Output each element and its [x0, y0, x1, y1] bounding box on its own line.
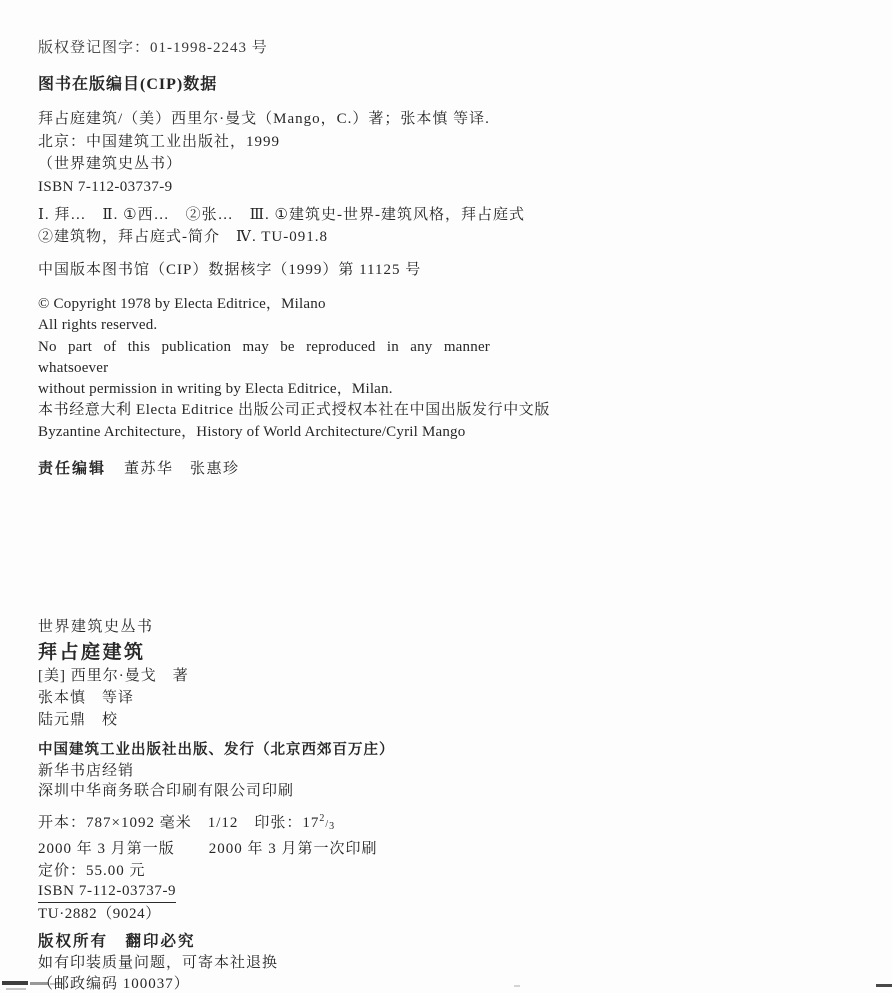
author-line: [美] 西里尔·曼戈 著	[38, 666, 508, 687]
scan-speck	[2, 981, 28, 985]
catalog-number: TU·2882（9024）	[38, 903, 508, 924]
scan-speck	[30, 982, 48, 985]
publisher-line: 中国建筑工业出版社出版、发行（北京西郊百万庄）	[38, 740, 508, 761]
copyright-registration-number: 版权登记图字：01-1998-2243 号	[38, 38, 508, 58]
scan-speck	[6, 988, 26, 990]
responsible-editors-names: 董苏华 张惠珍	[124, 461, 240, 477]
scan-speck	[876, 984, 892, 987]
original-title-line: Byzantine Architecture，History of World …	[38, 422, 490, 443]
cip-classification-line-2: ②建筑物，拜占庭式-简介 Ⅳ. TU-091.8	[38, 226, 508, 248]
license-statement-cn: 本书经意大利 Electa Editrice 出版公司正式授权本社在中国出版发行…	[38, 400, 490, 421]
format-line: 开本：787×1092 毫米 1/12 印张：172/3	[38, 808, 508, 838]
proofreader-line: 陆元鼎 校	[38, 710, 508, 731]
print-spec-block: 开本：787×1092 毫米 1/12 印张：172/3 2000 年 3 月第…	[38, 808, 508, 882]
edition-line: 2000 年 3 月第一版2000 年 3 月第一次印刷	[38, 838, 508, 860]
scan-speck	[514, 985, 520, 987]
responsible-editors-line: 责任编辑董苏华 张惠珍	[38, 458, 508, 480]
cip-heading: 图书在版编目(CIP)数据	[38, 74, 508, 96]
translator-line: 张本慎 等译	[38, 688, 508, 709]
cip-entry-title-line: 拜占庭建筑/（美）西里尔·曼戈（Mango，C.）著；张本慎 等译.	[38, 108, 508, 131]
printer-line: 深圳中华商务联合印刷有限公司印刷	[38, 781, 508, 802]
format-text: 开本：787×1092 毫米 1/12 印张：17	[38, 815, 319, 831]
copyright-line-4: without permission in writing by Electa …	[38, 379, 490, 400]
copyright-line-3: No part of this publication may be repro…	[38, 337, 490, 380]
copyright-line-2: All rights reserved.	[38, 315, 490, 336]
scan-speck	[50, 983, 64, 985]
cip-classification-block: Ⅰ. 拜… Ⅱ. ①西… ②张… Ⅲ. ①建筑史-世界-建筑风格，拜占庭式 ②建…	[38, 204, 508, 248]
edition-text: 2000 年 3 月第一版	[38, 841, 175, 857]
title-block: 世界建筑史丛书 拜占庭建筑 [美] 西里尔·曼戈 著 张本慎 等译 陆元鼎 校	[38, 617, 508, 731]
all-rights-reserved-notice: 版权所有 翻印必究	[38, 931, 508, 953]
colophon-content: 版权登记图字：01-1998-2243 号 图书在版编目(CIP)数据 拜占庭建…	[38, 38, 508, 993]
copyright-line-1: © Copyright 1978 by Electa Editrice，Mila…	[38, 294, 490, 315]
isbn-number: ISBN 7-112-03737-9	[38, 882, 176, 903]
postal-code-line: （邮政编码 100037）	[38, 974, 508, 993]
cip-classification-line-1: Ⅰ. 拜… Ⅱ. ①西… ②张… Ⅲ. ①建筑史-世界-建筑风格，拜占庭式	[38, 204, 508, 226]
fraction-denominator: 3	[329, 821, 335, 832]
book-colophon-page: 版权登记图字：01-1998-2243 号 图书在版编目(CIP)数据 拜占庭建…	[0, 0, 892, 993]
responsible-editors-label: 责任编辑	[38, 461, 106, 477]
impression-text: 2000 年 3 月第一次印刷	[209, 841, 378, 857]
book-title: 拜占庭建筑	[38, 640, 508, 665]
isbn-catalog-block: ISBN 7-112-03737-9 TU·2882（9024）	[38, 882, 508, 924]
cip-entry-publisher-line: 北京：中国建筑工业出版社，1999	[38, 131, 508, 154]
copyright-block: © Copyright 1978 by Electa Editrice，Mila…	[38, 294, 490, 443]
return-policy-line: 如有印装质量问题，可寄本社退换	[38, 953, 508, 974]
price-line: 定价：55.00 元	[38, 860, 508, 882]
sheets-fraction: 2/3	[319, 819, 335, 830]
rights-block: 版权所有 翻印必究 如有印装质量问题，可寄本社退换 （邮政编码 100037）	[38, 931, 508, 993]
cip-record-number: 中国版本图书馆（CIP）数据核字（1999）第 11125 号	[38, 259, 508, 281]
publishing-block: 中国建筑工业出版社出版、发行（北京西郊百万庄） 新华书店经销 深圳中华商务联合印…	[38, 740, 508, 802]
distributor-line: 新华书店经销	[38, 761, 508, 782]
cip-entry-block: 拜占庭建筑/（美）西里尔·曼戈（Mango，C.）著；张本慎 等译. 北京：中国…	[38, 108, 508, 198]
series-name: 世界建筑史丛书	[38, 617, 508, 638]
cip-entry-isbn-line: ISBN 7-112-03737-9	[38, 176, 508, 199]
cip-record-block: 中国版本图书馆（CIP）数据核字（1999）第 11125 号	[38, 259, 508, 281]
cip-entry-series-line: （世界建筑史丛书）	[38, 153, 508, 176]
